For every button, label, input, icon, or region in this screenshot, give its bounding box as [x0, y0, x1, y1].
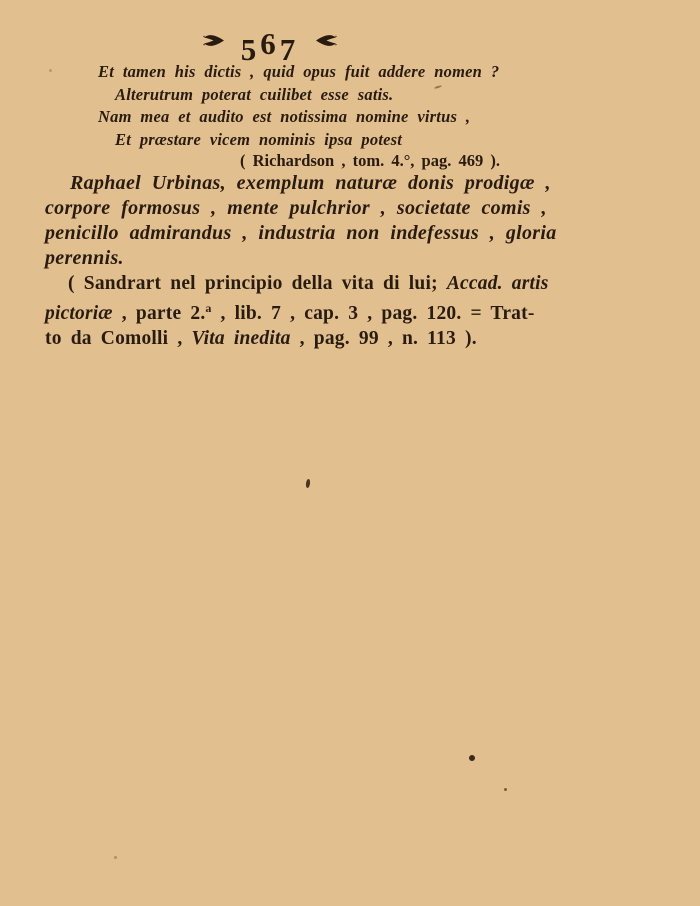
paragraph-line: to da Comolli , Vita inedita , pag. 99 ,…: [45, 326, 565, 351]
verse-citation: ( Richardson , tom. 4.°, pag. 469 ).: [240, 151, 500, 171]
paragraph-line: ( Sandrart nel principio della vita di l…: [45, 271, 565, 296]
text-run-roman: ( Sandrart nel principio della vita di l…: [68, 273, 447, 294]
latin-paragraph: Raphael Urbinas, exemplum naturæ donis p…: [45, 171, 565, 271]
right-fleuron-icon: [313, 33, 338, 48]
text-run-roman: , parte 2.: [113, 303, 206, 324]
page-header: 567: [0, 26, 540, 62]
paragraph-line: pictoriæ , parte 2.a , lib. 7 , cap. 3 ,…: [45, 296, 565, 326]
paragraph-line: Raphael Urbinas, exemplum naturæ donis p…: [45, 171, 565, 196]
book-page: 567 Et tamen his dictis , quid opus fuit…: [0, 0, 700, 906]
page-number: 567: [241, 26, 300, 61]
text-run-roman: to da Comolli ,: [45, 328, 192, 349]
ink-speck: [504, 788, 507, 791]
left-fleuron-icon: [202, 33, 227, 48]
ink-speck: [305, 479, 310, 488]
paragraph-line: corpore formosus , mente pulchrior , soc…: [45, 196, 565, 221]
text-run-roman: , lib. 7 , cap. 3 , pag. 120. = Trat-: [211, 303, 534, 324]
ink-speck: [469, 755, 475, 761]
paragraph-line: perennis.: [45, 246, 565, 271]
text-run-italic: pictoriæ: [45, 303, 113, 324]
text-run-italic: Vita inedita: [192, 328, 291, 349]
page-number-digit: 6: [260, 26, 280, 62]
paragraph-line: penicillo admirandus , industria non ind…: [45, 221, 565, 246]
text-run-roman: , pag. 99 , n. 113 ).: [291, 328, 477, 349]
text-run-italic: Accad. artis: [447, 273, 549, 294]
verse-line: Et tamen his dictis , quid opus fuit add…: [98, 61, 499, 84]
ink-speck: [49, 69, 52, 72]
ink-speck: [114, 856, 117, 859]
verse-line: Nam mea et audito est notissima nomine v…: [98, 106, 499, 129]
source-paragraph: ( Sandrart nel principio della vita di l…: [45, 271, 565, 351]
verse-line: Et præstare vicem nominis ipsa potest: [98, 129, 499, 152]
verse-block: Et tamen his dictis , quid opus fuit add…: [98, 61, 499, 151]
